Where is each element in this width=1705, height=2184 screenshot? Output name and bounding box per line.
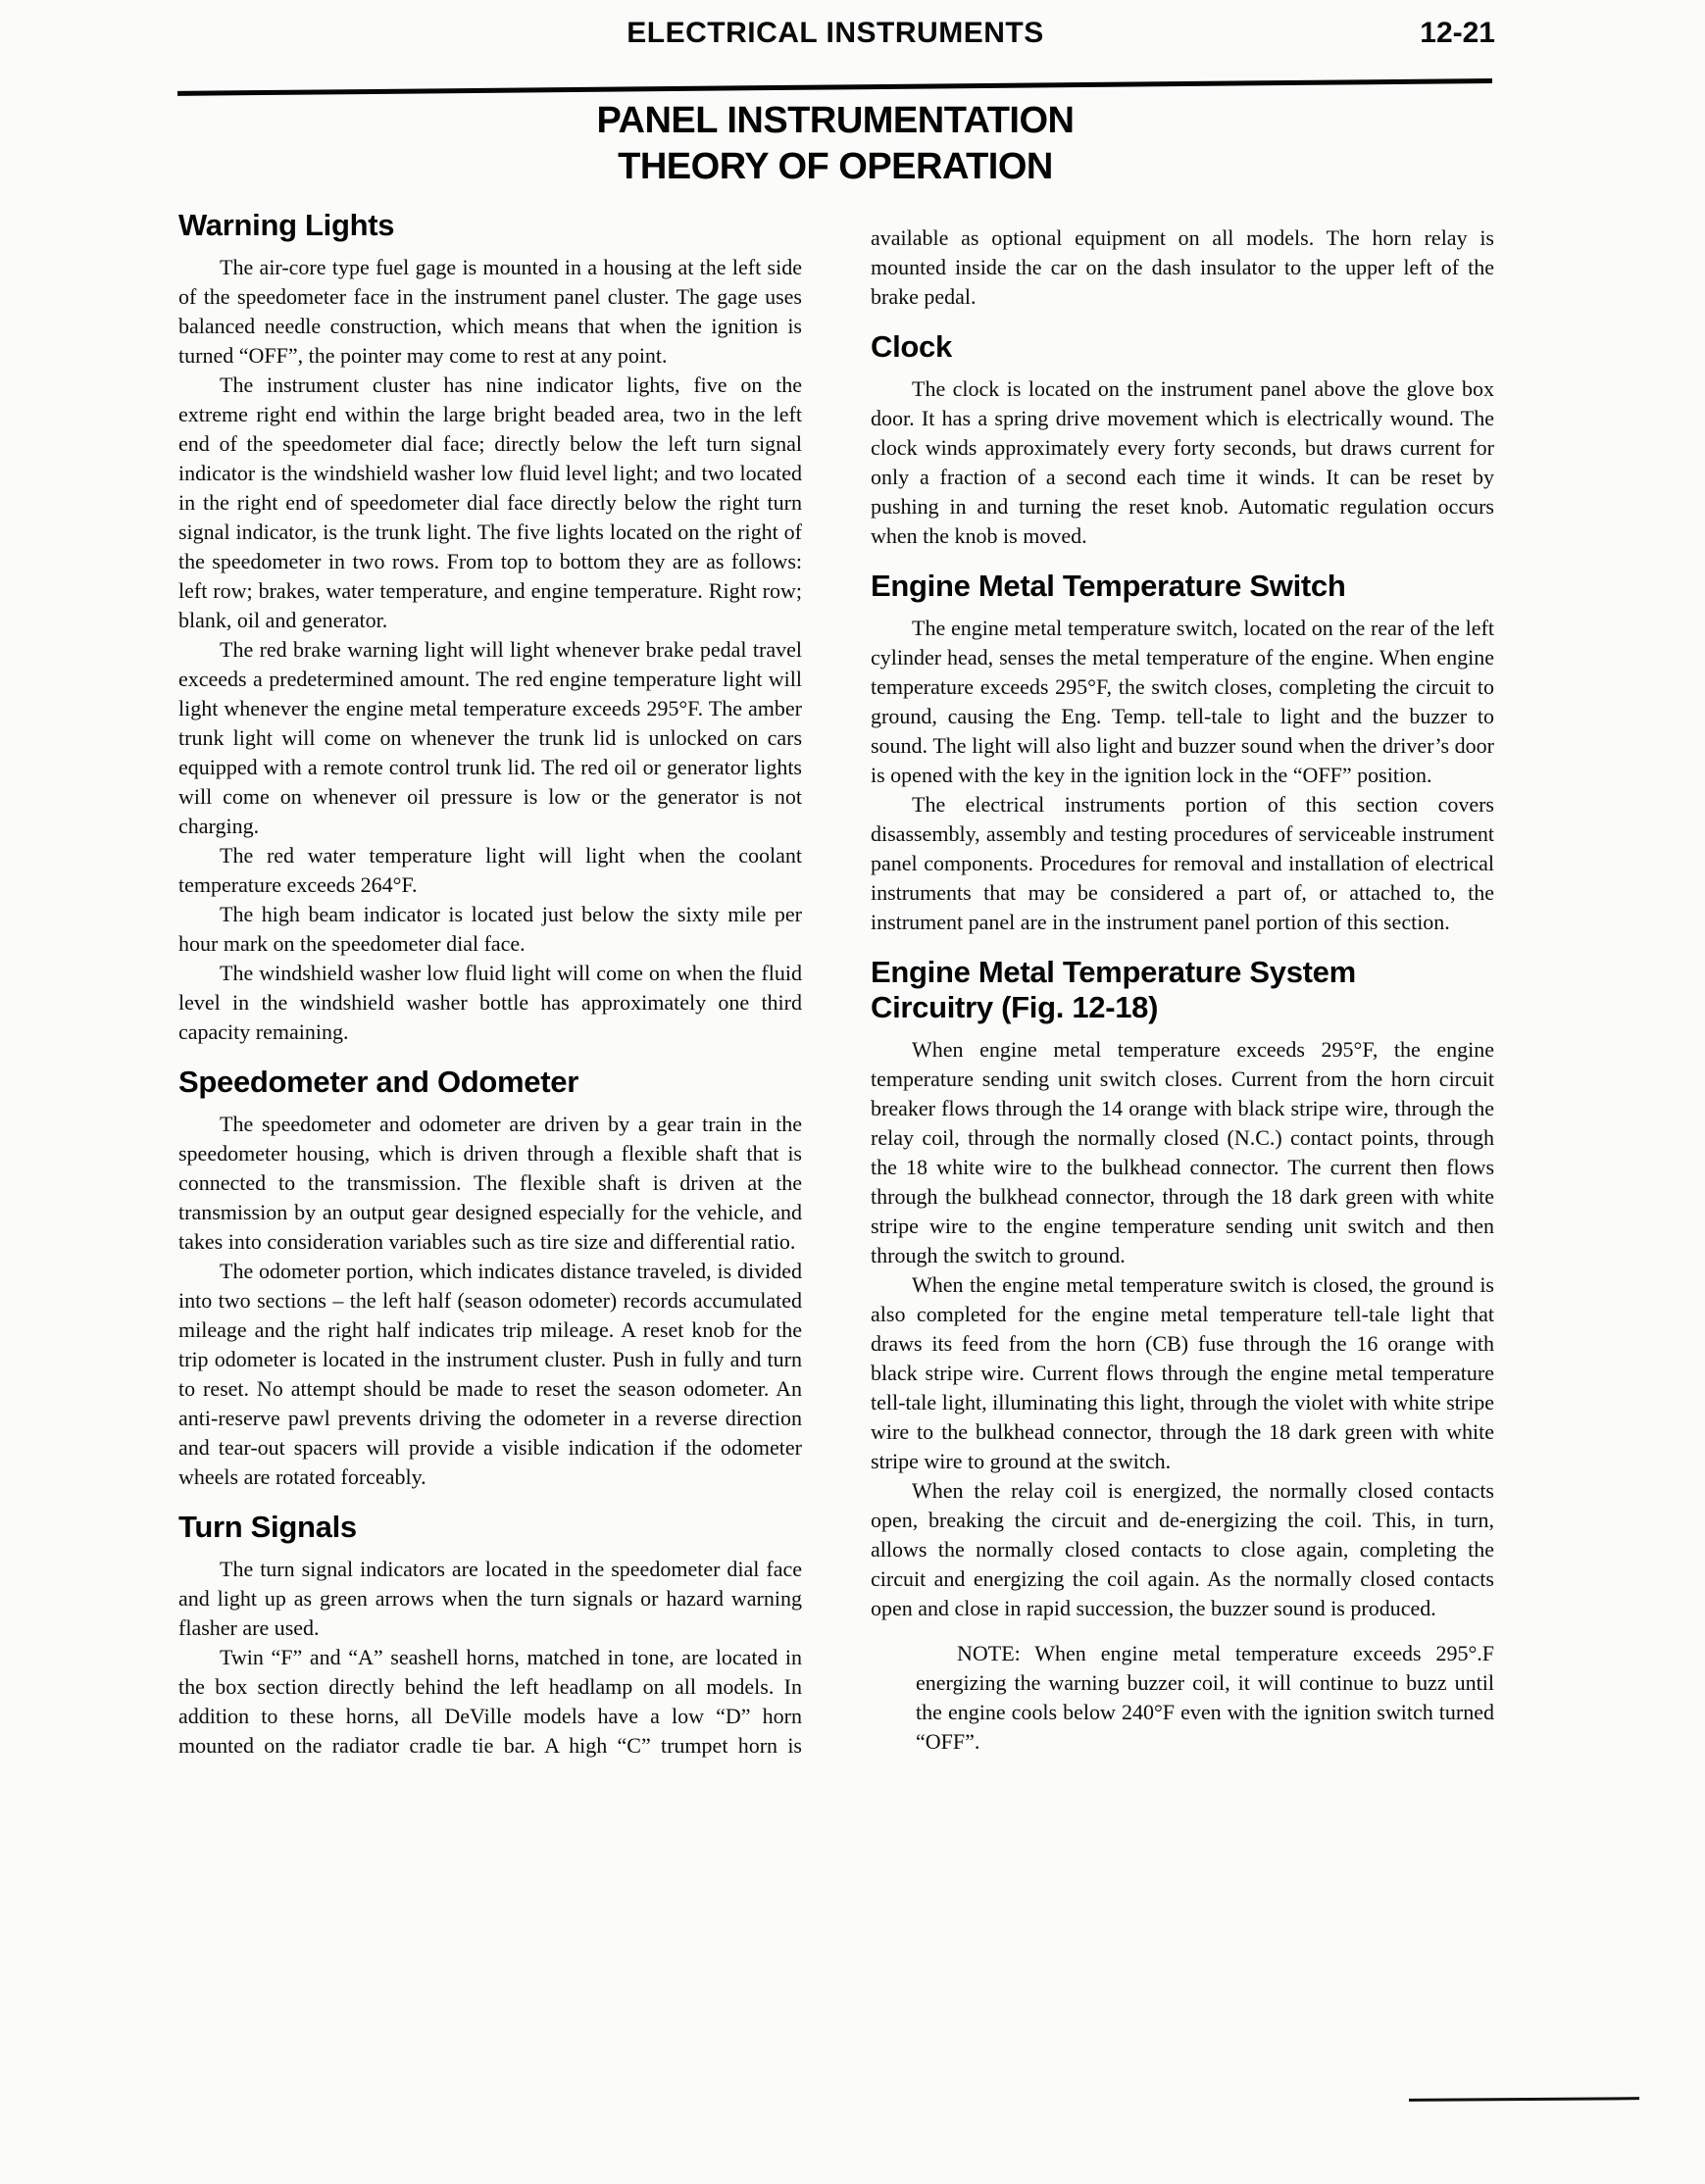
section-heading: Speedometer and Odometer: [178, 1065, 802, 1100]
body-paragraph: The high beam indicator is located just …: [178, 900, 802, 959]
page-title-line1: PANEL INSTRUMENTATION: [177, 98, 1493, 144]
body-paragraph: The speedometer and odometer are driven …: [178, 1110, 802, 1257]
body-paragraph: The electrical instruments portion of th…: [871, 790, 1494, 937]
body-paragraph: The engine metal temperature switch, loc…: [871, 614, 1494, 790]
body-paragraph: The air-core type fuel gage is mounted i…: [178, 253, 802, 371]
body-paragraph: When the engine metal temperature switch…: [871, 1270, 1494, 1476]
body-paragraph: available as optional equipment on all m…: [871, 223, 1494, 312]
body-paragraph: The odometer portion, which indicates di…: [178, 1257, 802, 1492]
header-rule: [177, 78, 1492, 96]
note-paragraph: NOTE: When engine metal temperature exce…: [916, 1639, 1494, 1757]
left-column: Warning LightsThe air-core type fuel gag…: [178, 208, 802, 1761]
section-heading: Engine Metal Temperature Switch: [871, 569, 1494, 604]
bottom-stray-rule: [1409, 2097, 1639, 2102]
section-heading: Clock: [871, 329, 1494, 365]
body-paragraph: The windshield washer low fluid light wi…: [178, 959, 802, 1047]
page-number: 12-21: [1402, 16, 1495, 51]
body-paragraph: The red brake warning light will light w…: [178, 635, 802, 841]
right-column: available as optional equipment on all m…: [871, 223, 1494, 1757]
body-paragraph: The red water temperature light will lig…: [178, 841, 802, 900]
manual-page: ELECTRICAL INSTRUMENTS 12-21 PANEL INSTR…: [0, 0, 1705, 2184]
body-paragraph: Twin “F” and “A” seashell horns, matched…: [178, 1643, 802, 1761]
body-paragraph: The turn signal indicators are located i…: [178, 1555, 802, 1643]
page-title: PANEL INSTRUMENTATION THEORY OF OPERATIO…: [177, 98, 1493, 190]
body-paragraph: When engine metal temperature exceeds 29…: [871, 1035, 1494, 1270]
section-heading: Warning Lights: [178, 208, 802, 243]
page-title-line2: THEORY OF OPERATION: [177, 144, 1493, 190]
running-header-title: ELECTRICAL INSTRUMENTS: [177, 16, 1493, 51]
body-paragraph: The instrument cluster has nine indicato…: [178, 371, 802, 635]
body-paragraph: The clock is located on the instrument p…: [871, 374, 1494, 551]
section-heading: Engine Metal Temperature System Circuitr…: [871, 955, 1494, 1025]
section-heading: Turn Signals: [178, 1510, 802, 1545]
body-paragraph: When the relay coil is energized, the no…: [871, 1476, 1494, 1623]
